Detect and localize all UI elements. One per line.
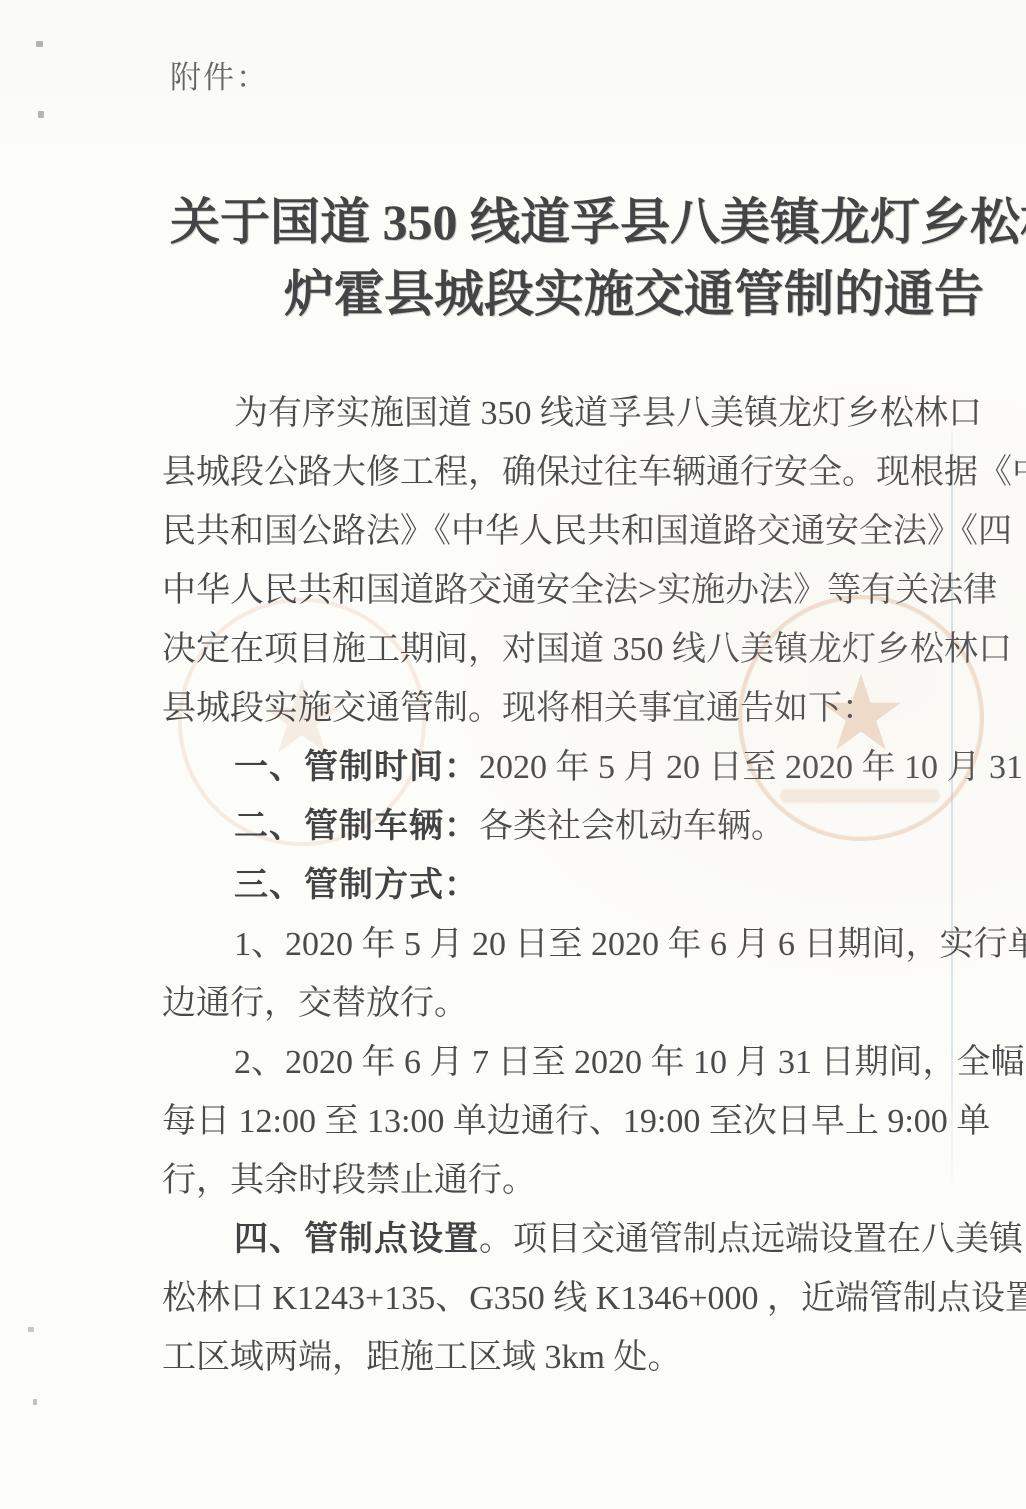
notice-title-line2: 炉霍县城段实施交通管制的通告 bbox=[0, 258, 1026, 330]
attachment-label: 附件： bbox=[170, 52, 269, 97]
text-line: 三、管制方式： bbox=[0, 856, 1026, 915]
notice-title: 关于国道 350 线道孚县八美镇龙灯乡松林口 炉霍县城段实施交通管制的通告 bbox=[0, 186, 1026, 330]
text-segment: 1、2020 年 5 月 20 日至 2020 年 6 月 6 日期间，实行单 bbox=[234, 926, 1026, 963]
text-segment: 县城段公路大修工程，确保过往车辆通行安全。现根据《中 bbox=[162, 454, 1026, 491]
text-segment: 县城段实施交通管制。现将相关事宜通告如下： bbox=[162, 690, 876, 727]
text-line: 为有序实施国道 350 线道孚县八美镇龙灯乡松林口 bbox=[0, 384, 1026, 443]
text-line: 边通行，交替放行。 bbox=[0, 974, 1026, 1033]
text-line: 2、2020 年 6 月 7 日至 2020 年 10 月 31 日期间，全幅 bbox=[0, 1033, 1026, 1092]
text-line: 四、管制点设置。项目交通管制点远端设置在八美镇 bbox=[0, 1210, 1026, 1269]
section-heading: 二、管制车辆： bbox=[234, 807, 479, 845]
text-line: 一、管制时间：2020 年 5 月 20 日至 2020 年 10 月 31 bbox=[0, 738, 1026, 797]
text-segment: 决定在项目施工期间，对国道 350 线八美镇龙灯乡松林口 bbox=[162, 631, 1012, 668]
text-segment: 行，其余时段禁止通行。 bbox=[162, 1162, 536, 1199]
text-segment: 。项目交通管制点远端设置在八美镇 bbox=[479, 1221, 1023, 1258]
text-line: 民共和国公路法》《中华人民共和国道路交通安全法》《四 bbox=[0, 502, 1026, 561]
text-segment: 为有序实施国道 350 线道孚县八美镇龙灯乡松林口 bbox=[234, 395, 982, 432]
text-segment: 工区域两端，距施工区域 3km 处。 bbox=[162, 1339, 681, 1376]
text-segment: 每日 12:00 至 13:00 单边通行、19:00 至次日早上 9:00 单 bbox=[162, 1103, 990, 1140]
text-line: 行，其余时段禁止通行。 bbox=[0, 1151, 1026, 1210]
text-segment: 民共和国公路法》《中华人民共和国道路交通安全法》《四 bbox=[162, 513, 1012, 550]
text-line: 每日 12:00 至 13:00 单边通行、19:00 至次日早上 9:00 单 bbox=[0, 1092, 1026, 1151]
text-segment: 2、2020 年 6 月 7 日至 2020 年 10 月 31 日期间，全幅 bbox=[234, 1044, 1025, 1081]
text-segment: 边通行，交替放行。 bbox=[162, 985, 468, 1022]
text-segment: 松林口 K1243+135、G350 线 K1346+000 ，近端管制点设置 bbox=[162, 1280, 1026, 1317]
section-heading: 三、管制方式： bbox=[234, 866, 479, 904]
scan-speck bbox=[36, 41, 43, 47]
text-line: 县城段公路大修工程，确保过往车辆通行安全。现根据《中 bbox=[0, 443, 1026, 502]
scan-speck bbox=[33, 1399, 37, 1405]
text-line: 松林口 K1243+135、G350 线 K1346+000 ，近端管制点设置 bbox=[0, 1269, 1026, 1328]
text-line: 中华人民共和国道路交通安全法>实施办法》等有关法律 bbox=[0, 561, 1026, 620]
text-segment: 2020 年 5 月 20 日至 2020 年 10 月 31 bbox=[479, 749, 1023, 786]
text-line: 1、2020 年 5 月 20 日至 2020 年 6 月 6 日期间，实行单 bbox=[0, 915, 1026, 974]
text-line: 决定在项目施工期间，对国道 350 线八美镇龙灯乡松林口 bbox=[0, 620, 1026, 679]
notice-title-line1: 关于国道 350 线道孚县八美镇龙灯乡松林口 bbox=[0, 186, 1026, 258]
notice-body: 为有序实施国道 350 线道孚县八美镇龙灯乡松林口县城段公路大修工程，确保过往车… bbox=[0, 384, 1026, 1387]
text-line: 工区域两端，距施工区域 3km 处。 bbox=[0, 1328, 1026, 1387]
text-segment: 各类社会机动车辆。 bbox=[479, 808, 785, 845]
scanned-notice-page: ★ ★ 附件： 关于国道 350 线道孚县八美镇龙灯乡松林口 炉霍县城段实施交通… bbox=[0, 0, 1026, 1509]
text-line: 二、管制车辆：各类社会机动车辆。 bbox=[0, 797, 1026, 856]
section-heading: 一、管制时间： bbox=[234, 748, 479, 786]
text-line: 县城段实施交通管制。现将相关事宜通告如下： bbox=[0, 679, 1026, 738]
scan-speck bbox=[38, 111, 44, 118]
text-segment: 中华人民共和国道路交通安全法>实施办法》等有关法律 bbox=[162, 572, 997, 609]
section-heading: 四、管制点设置 bbox=[234, 1220, 479, 1258]
